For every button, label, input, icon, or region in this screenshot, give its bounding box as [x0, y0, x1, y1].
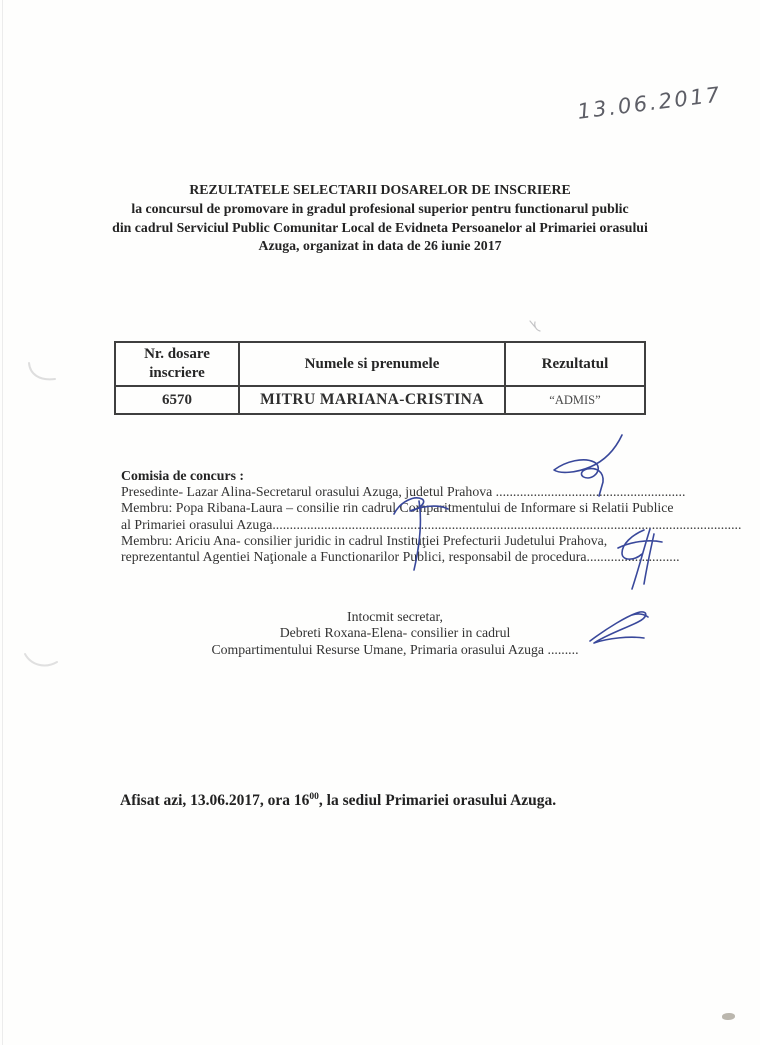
scan-artifact-curve: [23, 650, 59, 674]
title-line-2: la concursul de promovare in gradul prof…: [0, 200, 760, 219]
header-rezultat: Rezultatul: [505, 342, 645, 386]
document-title: REZULTATELE SELECTARII DOSARELOR DE INSC…: [0, 181, 760, 256]
posting-notice-superscript: 00: [309, 792, 319, 802]
results-table: Nr. dosare inscriere Numele si prenumele…: [114, 341, 646, 415]
header-nume: Numele si prenumele: [239, 342, 505, 386]
handwritten-date: 13.06.2017: [576, 81, 738, 124]
title-line-3: din cadrul Serviciul Public Comunitar Lo…: [0, 219, 760, 238]
commission-section: Comisia de concurs : Presedinte- Lazar A…: [121, 468, 741, 565]
secretary-line-3: Compartimentului Resurse Umane, Primaria…: [170, 642, 620, 658]
header-nr-dosare: Nr. dosare inscriere: [115, 342, 239, 386]
secretary-line-1: Intocmit secretar,: [170, 609, 620, 625]
cell-nr-dosare: 6570: [115, 386, 239, 414]
secretary-section: Intocmit secretar, Debreti Roxana-Elena-…: [170, 609, 620, 658]
title-line-4: Azuga, organizat in data de 26 iunie 201…: [0, 237, 760, 256]
scan-artifact-curve: [26, 358, 58, 386]
pencil-mark: [526, 318, 546, 334]
commission-member2-line2: reprezentantul Agentiei Naţionale a Func…: [121, 549, 741, 565]
secretary-line-2: Debreti Roxana-Elena- consilier in cadru…: [170, 625, 620, 641]
commission-member2-line: Membru: Ariciu Ana- consilier juridic in…: [121, 533, 741, 549]
commission-member1-line2: al Primariei orasului Azuga.............…: [121, 517, 741, 533]
commission-president-line: Presedinte- Lazar Alina-Secretarul orasu…: [121, 484, 741, 500]
title-line-1: REZULTATELE SELECTARII DOSARELOR DE INSC…: [0, 181, 760, 200]
commission-member1-line: Membru: Popa Ribana-Laura – consilie rin…: [121, 500, 741, 516]
posting-notice-prefix: Afisat azi, 13.06.2017, ora 16: [120, 792, 309, 809]
commission-heading: Comisia de concurs :: [121, 468, 741, 484]
table-header-row: Nr. dosare inscriere Numele si prenumele…: [115, 342, 645, 386]
posting-notice: Afisat azi, 13.06.2017, ora 1600, la sed…: [120, 792, 556, 810]
cell-rezultat: “ADMIS”: [505, 386, 645, 414]
posting-notice-suffix: , la sediul Primariei orasului Azuga.: [319, 792, 556, 809]
scanned-document-page: 13.06.2017 REZULTATELE SELECTARII DOSARE…: [0, 0, 760, 1045]
scan-smudge: [722, 1013, 735, 1020]
cell-nume: MITRU MARIANA-CRISTINA: [239, 386, 505, 414]
table-row: 6570 MITRU MARIANA-CRISTINA “ADMIS”: [115, 386, 645, 414]
